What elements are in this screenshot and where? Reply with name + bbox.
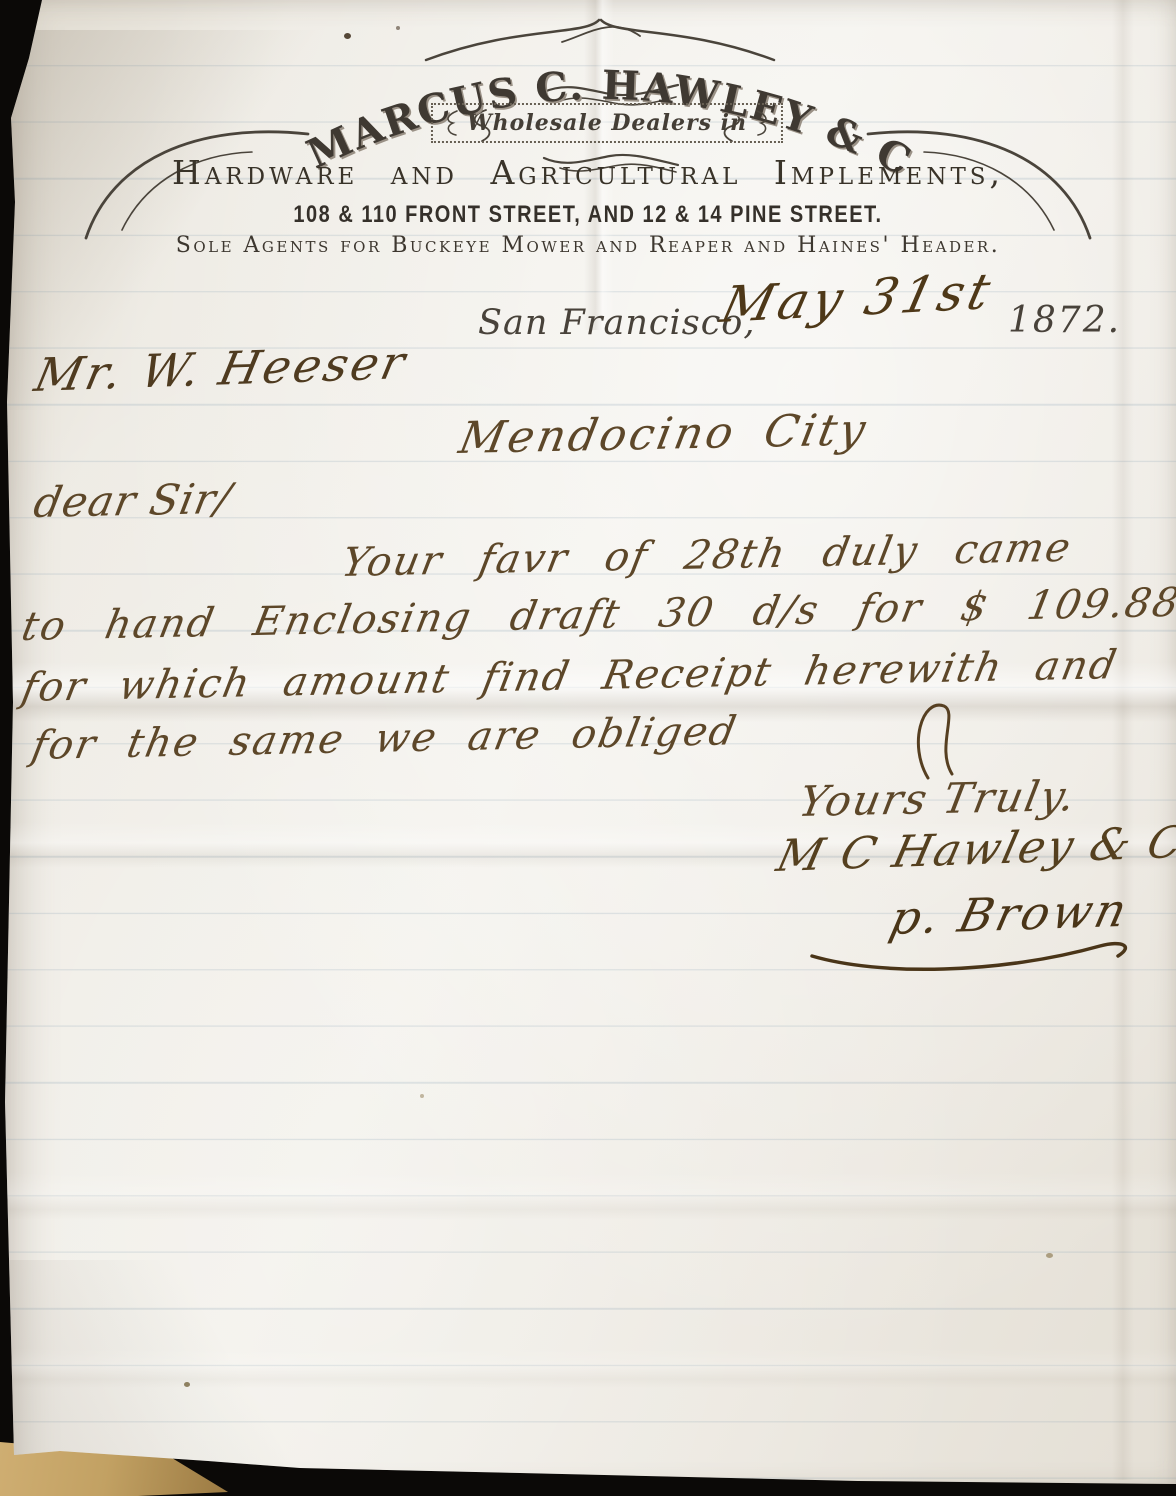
paper-speck <box>344 33 351 39</box>
banner: Wholesale Dealers in <box>431 103 783 143</box>
banner-right-flourish-icon <box>755 108 771 138</box>
banner-label: Wholesale Dealers in <box>467 110 747 136</box>
dateline-year: 1872. <box>1008 300 1121 341</box>
letter-page: MARCUS C. HAWLEY & CO. MARCUS C. HAWLEY … <box>0 0 1176 1496</box>
signature-swash <box>800 930 1150 980</box>
pen-flourish <box>900 690 970 785</box>
scanned-letter-view: MARCUS C. HAWLEY & CO. MARCUS C. HAWLEY … <box>0 0 1176 1496</box>
paper-speck <box>184 1382 190 1387</box>
agents-line: Sole Agents for Buckeye Mower and Reaper… <box>0 233 1176 258</box>
paper-speck <box>1046 1253 1053 1258</box>
recipient-place: Mendocino City <box>455 405 872 464</box>
salutation: dear Sir/ <box>30 474 236 527</box>
paper-speck <box>420 1094 424 1098</box>
address-line: 108 & 110 FRONT STREET, AND 12 & 14 PINE… <box>0 201 1176 229</box>
banner-left-flourish-icon <box>443 108 459 138</box>
closing-phrase: Yours Truly. <box>795 771 1081 826</box>
business-line: Hardware and Agricultural Implements, <box>0 153 1176 192</box>
dateline-city: San Francisco, <box>478 303 756 343</box>
paper-speck <box>396 26 400 30</box>
